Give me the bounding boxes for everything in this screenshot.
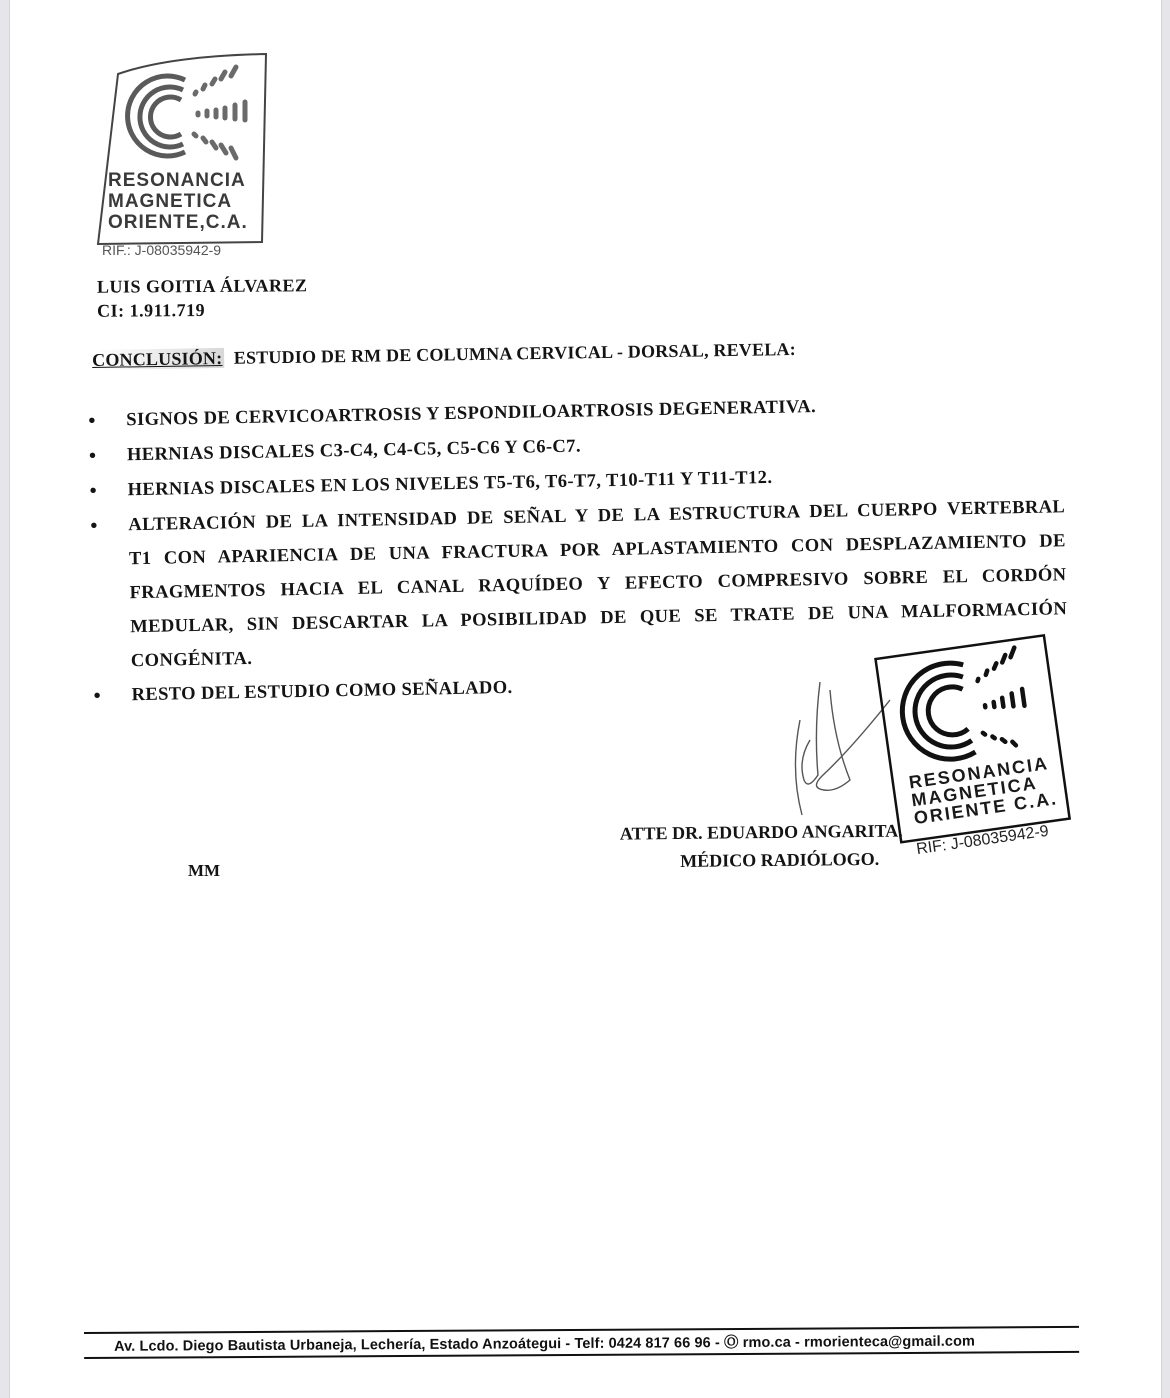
patient-id: CI: 1.911.719 xyxy=(97,297,308,322)
company-name-line-1: RESONANCIA xyxy=(108,170,248,191)
footer-address: Av. Lcdo. Diego Bautista Urbaneja, Leche… xyxy=(84,1326,1079,1359)
page-edge-left xyxy=(0,0,10,1398)
signoff: ATTE DR. EDUARDO ANGARITA. MÉDICO RADIÓL… xyxy=(620,816,921,875)
company-logo: RESONANCIA MAGNETICA ORIENTE,C.A. RIF.: … xyxy=(90,52,270,262)
doctor-title: MÉDICO RADIÓLOGO. xyxy=(620,844,920,875)
conclusion-title: ESTUDIO DE RM DE COLUMNA CERVICAL - DORS… xyxy=(234,339,796,368)
company-rif: RIF.: J-08035942-9 xyxy=(102,242,221,258)
page-edge-right xyxy=(1161,0,1170,1398)
doctor-name: ATTE DR. EDUARDO ANGARITA. xyxy=(620,816,920,847)
patient-info: LUIS GOITIA ÁLVAREZ CI: 1.911.719 xyxy=(97,273,308,322)
company-name-line-2: MAGNETICA xyxy=(108,191,248,212)
conclusion-heading: CONCLUSIÓN: ESTUDIO DE RM DE COLUMNA CER… xyxy=(92,339,796,371)
patient-name: LUIS GOITIA ÁLVAREZ xyxy=(97,273,308,298)
conclusion-label: CONCLUSIÓN: xyxy=(92,348,225,370)
company-name: RESONANCIA MAGNETICA ORIENTE,C.A. xyxy=(108,170,248,233)
company-name-line-3: ORIENTE,C.A. xyxy=(108,212,248,233)
typist-initials: MM xyxy=(188,861,220,881)
